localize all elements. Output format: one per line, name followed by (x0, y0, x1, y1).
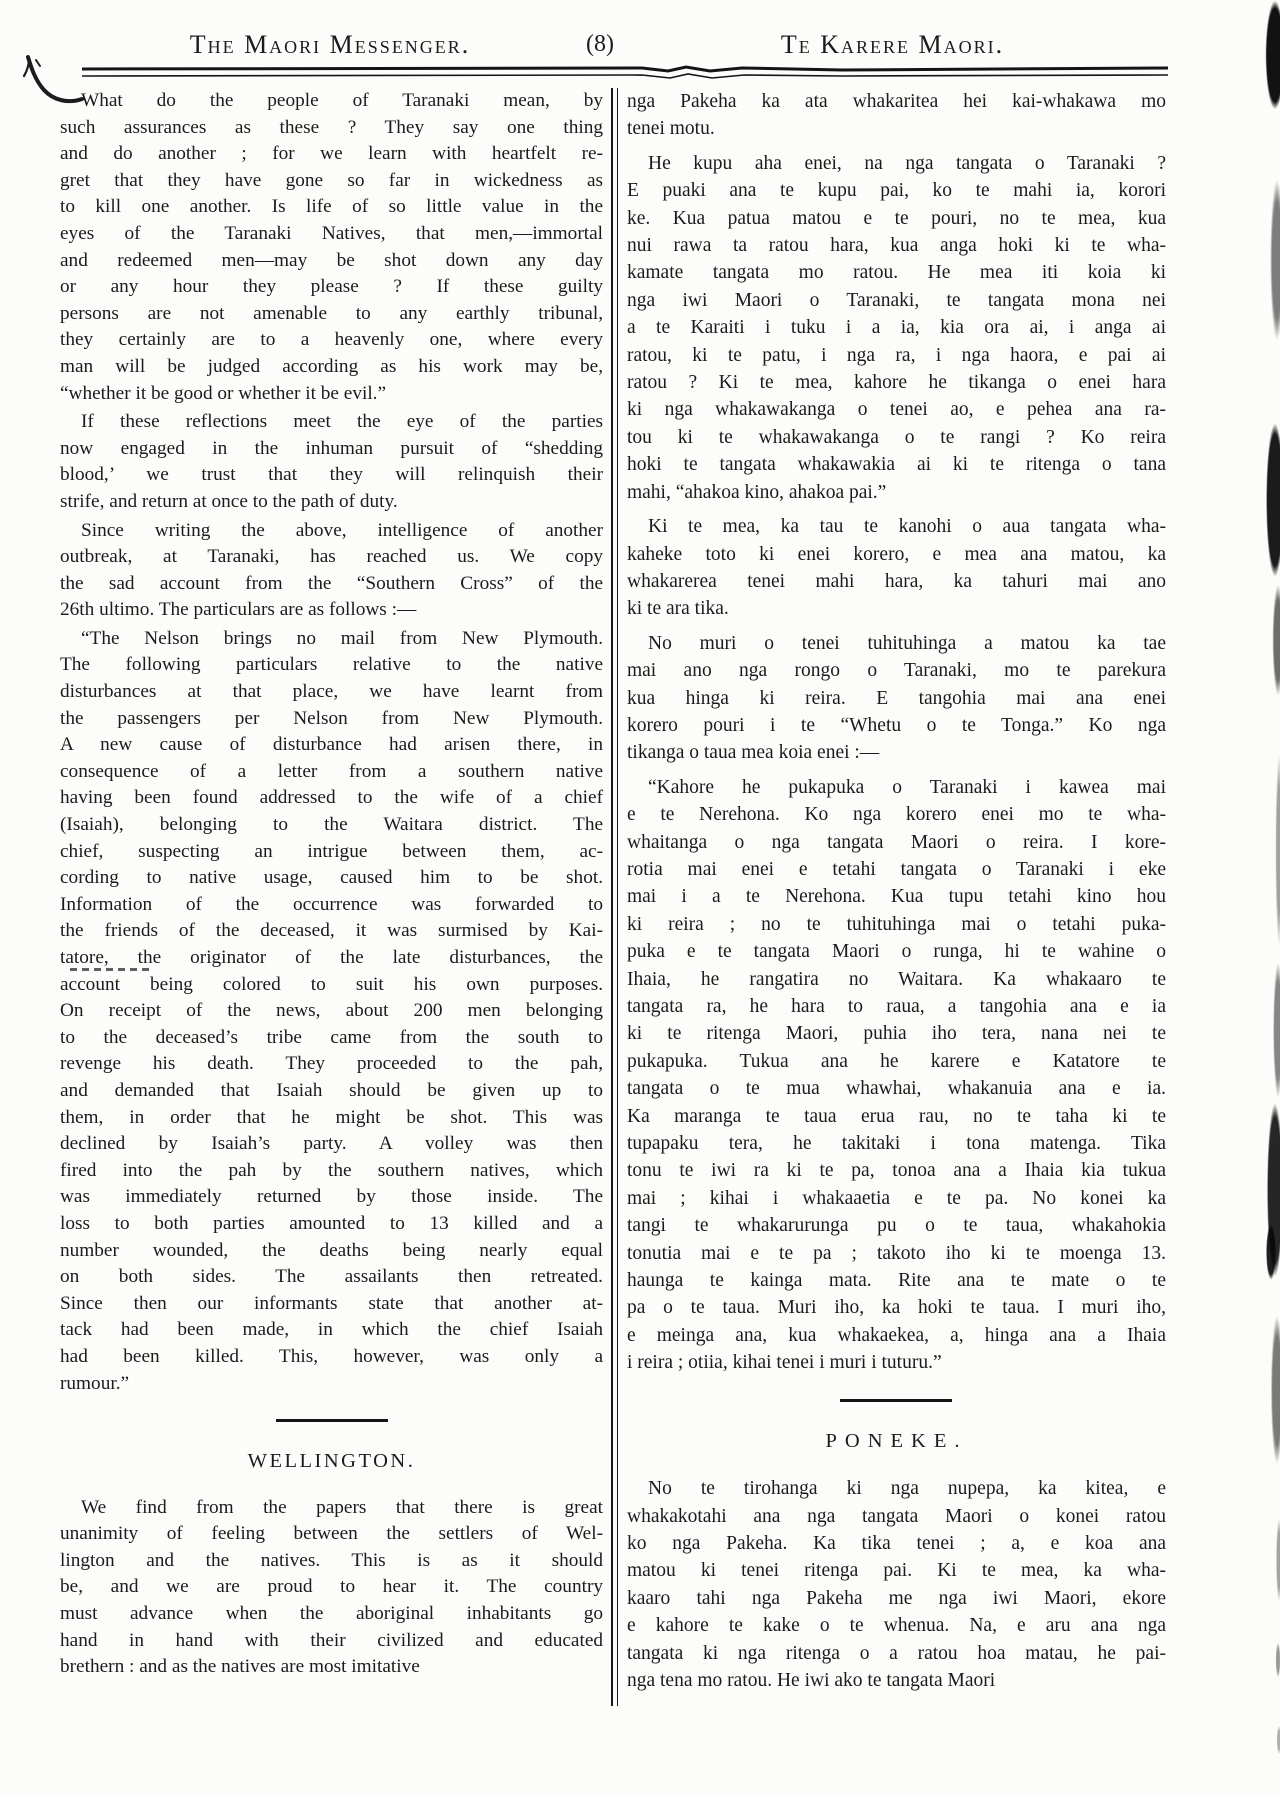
text-line: tupapaku tera, he takitaki i tona mateng… (627, 1130, 1166, 1157)
section-heading: PONEKE. (627, 1428, 1166, 1455)
text-line: Since then our informants state that ano… (60, 1291, 603, 1318)
text-line: kaaro tahi nga Pakeha me nga iwi Maori, … (627, 1585, 1166, 1612)
text-line: tonu te iwi ra ki te pa, tonoa ana a Iha… (627, 1157, 1166, 1184)
text-line: kamate tangata mo ratou. He mea iti koia… (627, 259, 1166, 286)
text-line: ki te ara tika. (627, 595, 1166, 622)
text-line: now engaged in the inhuman pursuit of “s… (60, 436, 603, 463)
text-line: revenge his death. They proceeded to the… (60, 1051, 603, 1078)
paragraph: “Kahore he pukapuka o Taranaki i kawea m… (627, 774, 1166, 1377)
text-line: e kahore te kake o te whenua. Na, e aru … (627, 1612, 1166, 1639)
text-line: persons are not amenable to any earthly … (60, 301, 603, 328)
text-line: be, and we are proud to hear it. The cou… (60, 1574, 603, 1601)
text-line: ko nga Pakeha. Ka tika tenei ; a, e koa … (627, 1530, 1166, 1557)
text-line: disturbances at that place, we have lear… (60, 679, 603, 706)
text-line: must advance when the aboriginal inhabit… (60, 1601, 603, 1628)
text-line: to the deceased’s tribe came from the so… (60, 1025, 603, 1052)
text-line: If these reflections meet the eye of the… (60, 409, 603, 436)
text-line: tou ki te whakawakanga o te rangi ? Ko r… (627, 424, 1166, 451)
header-rule-lines (82, 64, 1168, 82)
text-line: He kupu aha enei, na nga tangata o Taran… (627, 150, 1166, 177)
paragraph: Ki te mea, ka tau te kanohi o aua tangat… (627, 513, 1166, 623)
text-line: 26th ultimo. The particulars are as foll… (60, 597, 603, 624)
paragraph: Since writing the above, intelligence of… (60, 518, 603, 624)
text-line: ki nga whakawakanga o tenei ao, e pehea … (627, 396, 1166, 423)
text-line: mahi, “ahakoa kino, ahakoa pai.” (627, 479, 1166, 506)
text-line: a te Karaiti i tuku i a ia, kia ora ai, … (627, 314, 1166, 341)
column-gutter (603, 88, 611, 1706)
paragraph: What do the people of Taranaki mean, bys… (60, 88, 603, 407)
text-line: whaitanga o nga tangata Maori o reira. I… (627, 829, 1166, 856)
paragraph: He kupu aha enei, na nga tangata o Taran… (627, 150, 1166, 506)
text-line: nui rawa ta ratou hara, kua anga hoki ki… (627, 232, 1166, 259)
text-line: tangata ra, he hara to raua, a tangohia … (627, 993, 1166, 1020)
text-line: whakarerea tenei mahi hara, ka tahuri ma… (627, 568, 1166, 595)
text-line: them, in order that he might be shot. Th… (60, 1105, 603, 1132)
text-line: tangi te whakarurunga pu o te taua, whak… (627, 1212, 1166, 1239)
text-line: the sad account from the “Southern Cross… (60, 571, 603, 598)
text-line: to kill one another. Is life of so littl… (60, 194, 603, 221)
text-line: E puaki ana te kupu pai, ko te mahi ia, … (627, 177, 1166, 204)
english-column: What do the people of Taranaki mean, bys… (60, 88, 603, 1706)
text-line: and do another ; for we learn with heart… (60, 141, 603, 168)
text-line: chief, suspecting an intrigue between th… (60, 839, 603, 866)
text-line: mai ; kihai i whakaaetia e te pa. No kon… (627, 1185, 1166, 1212)
text-line: was immediately returned by those inside… (60, 1184, 603, 1211)
text-line: tangata ki nga ritenga o a ratou hoa mat… (627, 1640, 1166, 1667)
text-line: haunga te kainga mata. Rite ana te mate … (627, 1267, 1166, 1294)
text-line: strife, and return at once to the path o… (60, 489, 603, 516)
two-column-body: What do the people of Taranaki mean, bys… (60, 88, 1166, 1706)
text-line: tonutia mai e te pa ; takoto iho ki te m… (627, 1240, 1166, 1267)
section-heading: WELLINGTON. (60, 1448, 603, 1475)
text-line: tangata o te mua whawhai, whakanuia ana … (627, 1075, 1166, 1102)
text-line: Since writing the above, intelligence of… (60, 518, 603, 545)
text-line: fired into the pah by the southern nativ… (60, 1158, 603, 1185)
text-line: and redeemed men—may be shot down any da… (60, 248, 603, 275)
text-line: loss to both parties amounted to 13 kill… (60, 1211, 603, 1238)
text-line: or any hour they please ? If these guilt… (60, 274, 603, 301)
text-line: korero pouri i te “Whetu o te Tonga.” Ko… (627, 712, 1166, 739)
text-line: kua hinga ki reira. E tangohia mai ana e… (627, 685, 1166, 712)
text-line: What do the people of Taranaki mean, by (60, 88, 603, 115)
column-divider-rule (611, 88, 618, 1706)
paragraph: nga Pakeha ka ata whakaritea hei kai-wha… (627, 88, 1166, 143)
text-line: Information of the occurrence was forwar… (60, 892, 603, 919)
text-line: man will be judged according as his work… (60, 354, 603, 381)
text-line: matou ki tenei ritenga pai. Ki te mea, k… (627, 1557, 1166, 1584)
text-line: blood,’ we trust that they will relinqui… (60, 462, 603, 489)
text-line: hoki te tangata whakawakia ai ki te rite… (627, 451, 1166, 478)
text-line: having been found addressed to the wife … (60, 785, 603, 812)
text-line: ki reira ; no te tuhituhinga mai o tetah… (627, 911, 1166, 938)
text-line: gret that they have gone so far in wicke… (60, 168, 603, 195)
text-line: eyes of the Taranaki Natives, that men,—… (60, 221, 603, 248)
text-line: whakakotahi ana nga tangata Maori o kone… (627, 1503, 1166, 1530)
paragraph: If these reflections meet the eye of the… (60, 409, 603, 515)
section-divider-rule (840, 1399, 952, 1402)
text-line: nga iwi Maori o Taranaki, te tangata mon… (627, 287, 1166, 314)
text-line: Ki te mea, ka tau te kanohi o aua tangat… (627, 513, 1166, 540)
text-line: We find from the papers that there is gr… (60, 1495, 603, 1522)
text-line: No te tirohanga ki nga nupepa, ka kitea,… (627, 1475, 1166, 1502)
text-line: i reira ; otiia, kihai tenei i muri i tu… (627, 1349, 1166, 1376)
text-line: mai ano nga rongo o Taranaki, mo te pare… (627, 657, 1166, 684)
scan-edge-artifact (1254, 0, 1280, 1796)
header-double-rule (82, 64, 1168, 82)
text-line: lington and the natives. This is as it s… (60, 1548, 603, 1575)
text-line: on both sides. The assailants then retre… (60, 1264, 603, 1291)
section-divider-rule (276, 1419, 388, 1422)
masthead-maori-title: Te Karere Maori. (620, 30, 1165, 66)
text-line: tikanga o taua mea koia enei :— (627, 739, 1166, 766)
text-line: rotia mai enei e tetahi tangata o Tarana… (627, 856, 1166, 883)
text-line: A new cause of disturbance had arisen th… (60, 732, 603, 759)
text-line: and demanded that Isaiah should be given… (60, 1078, 603, 1105)
text-line: they certainly are to a heavenly one, wh… (60, 327, 603, 354)
text-line: “whether it be good or whether it be evi… (60, 381, 603, 408)
text-line: such assurances as these ? They say one … (60, 115, 603, 142)
text-line: declined by Isaiah’s party. A volley was… (60, 1131, 603, 1158)
text-line: (Isaiah), belonging to the Waitara distr… (60, 812, 603, 839)
text-line: brethern : and as the natives are most i… (60, 1654, 603, 1681)
text-line: ke. Kua patua matou e te pouri, no te me… (627, 205, 1166, 232)
text-line: Ka maranga te taua erua rau, no te taha … (627, 1103, 1166, 1130)
text-line: The following particulars relative to th… (60, 652, 603, 679)
text-line: e meinga ana, kua whakaekea, a, hinga an… (627, 1322, 1166, 1349)
text-line: cording to native usage, caused him to b… (60, 865, 603, 892)
text-line: puka e te tangata Maori o runga, hi te w… (627, 938, 1166, 965)
paragraph: No te tirohanga ki nga nupepa, ka kitea,… (627, 1475, 1166, 1694)
text-line: “Kahore he pukapuka o Taranaki i kawea m… (627, 774, 1166, 801)
masthead-english-title: The Maori Messenger. (60, 30, 600, 66)
text-line: pukapuka. Tukua ana he karere e Katatore… (627, 1048, 1166, 1075)
text-line: tack had been made, in which the chief I… (60, 1317, 603, 1344)
newspaper-page: The Maori Messenger. (8) Te Karere Maori… (0, 0, 1280, 1796)
text-line: No muri o tenei tuhituhinga a matou ka t… (627, 630, 1166, 657)
text-line: the friends of the deceased, it was surm… (60, 918, 603, 945)
text-line: hand in hand with their civilized and ed… (60, 1628, 603, 1655)
text-line: unanimity of feeling between the settler… (60, 1521, 603, 1548)
paragraph: We find from the papers that there is gr… (60, 1495, 603, 1681)
text-line: e te Nerehona. Ko nga korero enei mo te … (627, 801, 1166, 828)
maori-column: nga Pakeha ka ata whakaritea hei kai-wha… (627, 88, 1166, 1706)
text-line: mai i a te Nerehona. Kua tupu tetahi kin… (627, 883, 1166, 910)
paragraph: No muri o tenei tuhituhinga a matou ka t… (627, 630, 1166, 767)
text-line: outbreak, at Taranaki, has reached us. W… (60, 544, 603, 571)
text-line: nga tena mo ratou. He iwi ako te tangata… (627, 1667, 1166, 1694)
text-line: had been killed. This, however, was only… (60, 1344, 603, 1371)
text-line: tenei motu. (627, 115, 1166, 142)
paragraph: “The Nelson brings no mail from New Plym… (60, 626, 603, 1397)
text-line: number wounded, the deaths being nearly … (60, 1238, 603, 1265)
text-line: “The Nelson brings no mail from New Plym… (60, 626, 603, 653)
text-line: consequence of a letter from a southern … (60, 759, 603, 786)
text-line: On receipt of the news, about 200 men be… (60, 998, 603, 1025)
text-line: kaheke toto ki enei korero, e mea ana ma… (627, 541, 1166, 568)
text-line: pa o te taua. Muri iho, ka hoki te taua.… (627, 1294, 1166, 1321)
text-line: account being colored to suit his own pu… (60, 972, 603, 999)
text-line: Ihaia, he rangatira no Waitara. Ka whaka… (627, 966, 1166, 993)
text-line: ki te ritenga Maori, puhia iho tera, nan… (627, 1020, 1166, 1047)
text-line: rumour.” (60, 1371, 603, 1398)
ink-smudge-artifact (70, 968, 154, 971)
text-line: the passengers per Nelson from New Plymo… (60, 706, 603, 733)
column-gutter (618, 88, 627, 1706)
text-line: ratou ? Ki te mea, kahore he tikanga o e… (627, 369, 1166, 396)
text-line: ratou, ki te patu, i nga ra, i nga haora… (627, 342, 1166, 369)
text-line: nga Pakeha ka ata whakaritea hei kai-wha… (627, 88, 1166, 115)
